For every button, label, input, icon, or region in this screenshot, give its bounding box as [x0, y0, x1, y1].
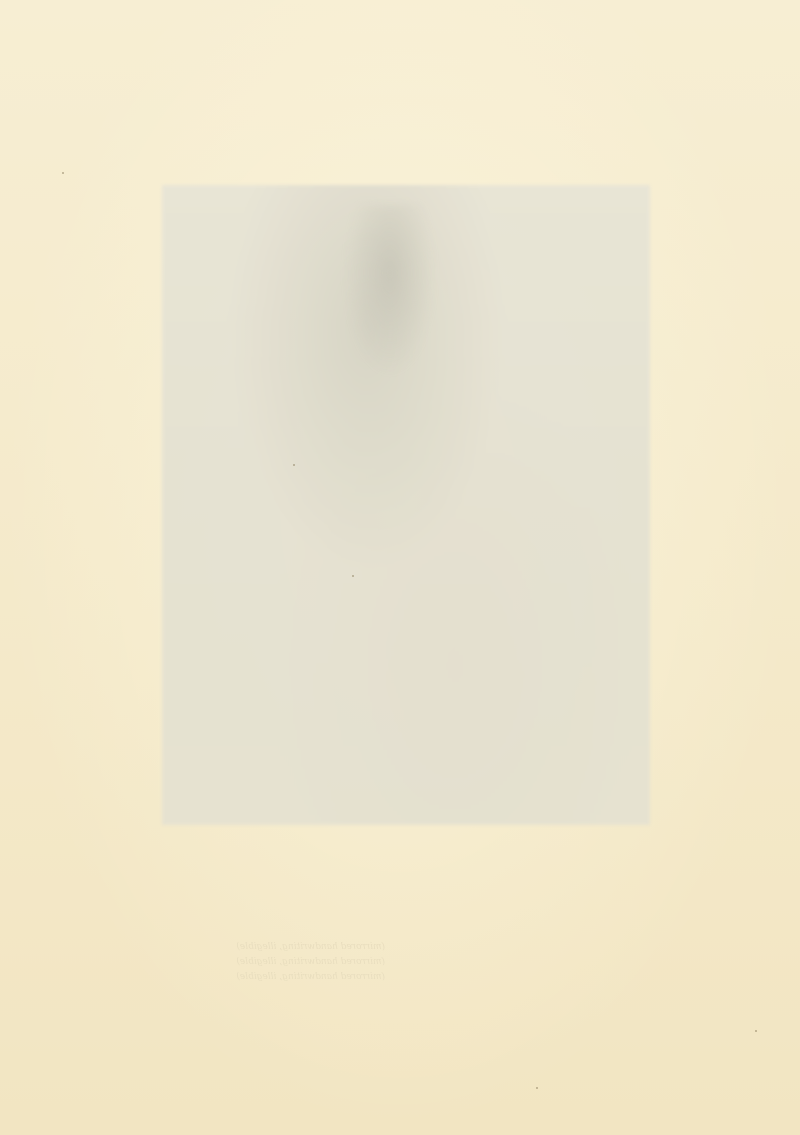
- paper-speck: [62, 172, 64, 174]
- paper-speck: [536, 1087, 538, 1089]
- paper-speck: [293, 464, 295, 466]
- caption-line: (mirrored handwriting, illegible): [145, 955, 385, 970]
- caption-line: (mirrored handwriting, illegible): [145, 970, 385, 985]
- mirrored-caption: (mirrored handwriting, illegible) (mirro…: [145, 940, 385, 985]
- show-through-figure: [345, 205, 435, 375]
- paper-speck: [352, 575, 354, 577]
- paper-speck: [755, 1030, 757, 1032]
- caption-line: (mirrored handwriting, illegible): [145, 940, 385, 955]
